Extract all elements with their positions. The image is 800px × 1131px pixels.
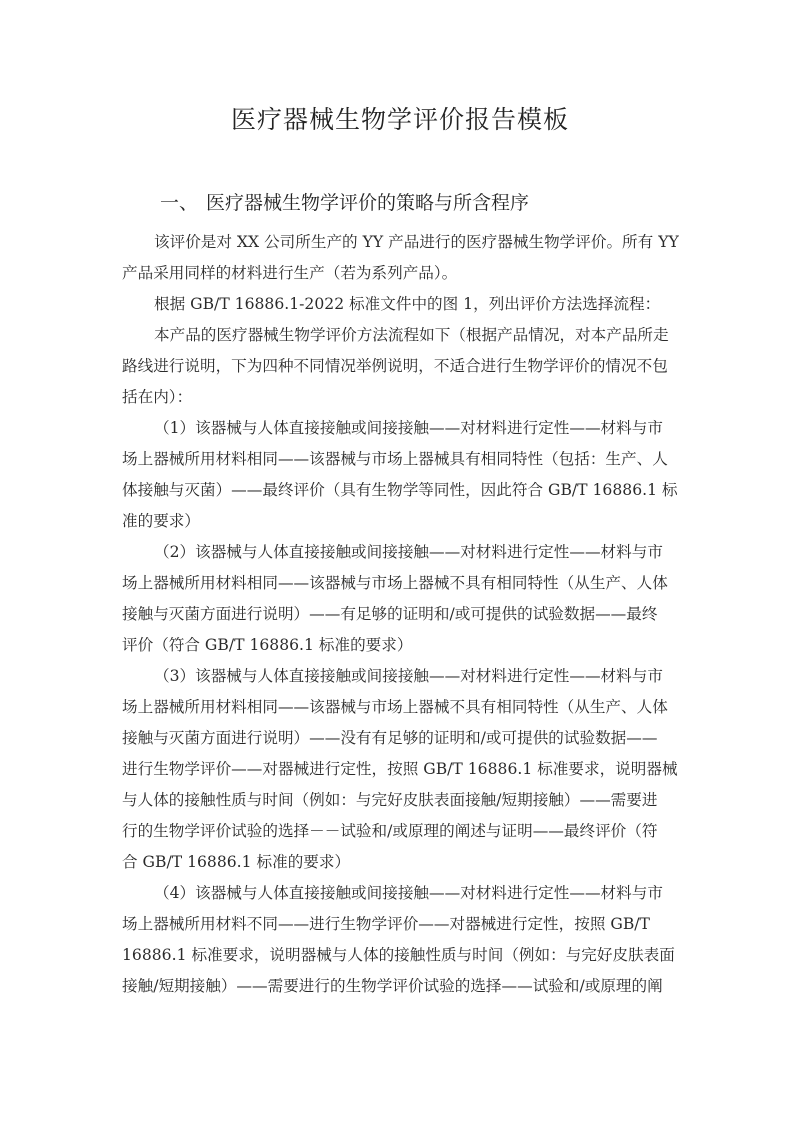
section-number: 一、 xyxy=(160,188,206,215)
text-line: 与人体的接触性质与时间（例如：与完好皮肤表面接触/短期接触）——需要进 xyxy=(122,785,682,816)
text-line: 场上器械所用材料相同——该器械与市场上器械不具有相同特性（从生产、人体 xyxy=(122,692,682,723)
text-line: （2）该器械与人体直接接触或间接接触——对材料进行定性——材料与市 xyxy=(122,537,682,568)
text-line: 行的生物学评价试验的选择－－试验和/或原理的阐述与证明——最终评价（符 xyxy=(122,816,682,847)
text-line: （3）该器械与人体直接接触或间接接触——对材料进行定性——材料与市 xyxy=(122,661,682,692)
section-heading-text: 医疗器械生物学评价的策略与所含程序 xyxy=(206,192,529,214)
text-line: 接触与灭菌方面进行说明）——没有有足够的证明和/或可提供的试验数据—— xyxy=(122,723,682,754)
text-line: 合 GB/T 16886.1 标准的要求） xyxy=(122,847,682,878)
text-line: 评价（符合 GB/T 16886.1 标准的要求） xyxy=(122,630,682,661)
text-line: 16886.1 标准要求，说明器械与人体的接触性质与时间（例如：与完好皮肤表面 xyxy=(122,940,682,971)
text-line: 场上器械所用材料不同——进行生物学评价——对器械进行定性，按照 GB/T xyxy=(122,909,682,940)
text-line: 路线进行说明，下为四种不同情况举例说明，不适合进行生物学评价的情况不包 xyxy=(122,351,682,382)
text-line: 体接触与灭菌）——最终评价（具有生物学等同性，因此符合 GB/T 16886.1… xyxy=(122,475,682,506)
paragraph-intro: 该评价是对 XX 公司所生产的 YY 产品进行的医疗器械生物学评价。所有 YY … xyxy=(122,227,682,289)
text-line: 接触/短期接触）——需要进行的生物学评价试验的选择——试验和/或原理的阐 xyxy=(122,971,682,1002)
paragraph-method-flow: 本产品的医疗器械生物学评价方法流程如下（根据产品情况，对本产品所走 路线进行说明… xyxy=(122,320,682,413)
text-line: 产品采用同样的材料进行生产（若为系列产品）。 xyxy=(122,258,682,289)
text-line: 场上器械所用材料相同——该器械与市场上器械不具有相同特性（从生产、人体 xyxy=(122,568,682,599)
text-line: 进行生物学评价——对器械进行定性，按照 GB/T 16886.1 标准要求，说明… xyxy=(122,754,682,785)
document-page: 医疗器械生物学评价报告模板 一、医疗器械生物学评价的策略与所含程序 该评价是对 … xyxy=(0,0,800,1131)
text-line: 场上器械所用材料相同——该器械与市场上器械具有相同特性（包括：生产、人 xyxy=(122,444,682,475)
text-line: （1）该器械与人体直接接触或间接接触——对材料进行定性——材料与市 xyxy=(122,413,682,444)
text-line: 根据 GB/T 16886.1-2022 标准文件中的图 1，列出评价方法选择流… xyxy=(122,289,682,320)
paragraph-case-1: （1）该器械与人体直接接触或间接接触——对材料进行定性——材料与市 场上器械所用… xyxy=(122,413,682,537)
text-line: 本产品的医疗器械生物学评价方法流程如下（根据产品情况，对本产品所走 xyxy=(122,320,682,351)
text-line: 接触与灭菌方面进行说明）——有足够的证明和/或可提供的试验数据——最终 xyxy=(122,599,682,630)
text-line: 该评价是对 XX 公司所生产的 YY 产品进行的医疗器械生物学评价。所有 YY xyxy=(122,227,682,258)
document-title: 医疗器械生物学评价报告模板 xyxy=(0,100,800,136)
paragraph-case-2: （2）该器械与人体直接接触或间接接触——对材料进行定性——材料与市 场上器械所用… xyxy=(122,537,682,661)
section-heading: 一、医疗器械生物学评价的策略与所含程序 xyxy=(160,188,529,215)
text-line: 括在内）： xyxy=(122,382,682,413)
text-line: （4）该器械与人体直接接触或间接接触——对材料进行定性——材料与市 xyxy=(122,878,682,909)
paragraph-standard: 根据 GB/T 16886.1-2022 标准文件中的图 1，列出评价方法选择流… xyxy=(122,289,682,320)
text-line: 准的要求） xyxy=(122,506,682,537)
paragraph-case-3: （3）该器械与人体直接接触或间接接触——对材料进行定性——材料与市 场上器械所用… xyxy=(122,661,682,878)
paragraph-case-4: （4）该器械与人体直接接触或间接接触——对材料进行定性——材料与市 场上器械所用… xyxy=(122,878,682,1002)
